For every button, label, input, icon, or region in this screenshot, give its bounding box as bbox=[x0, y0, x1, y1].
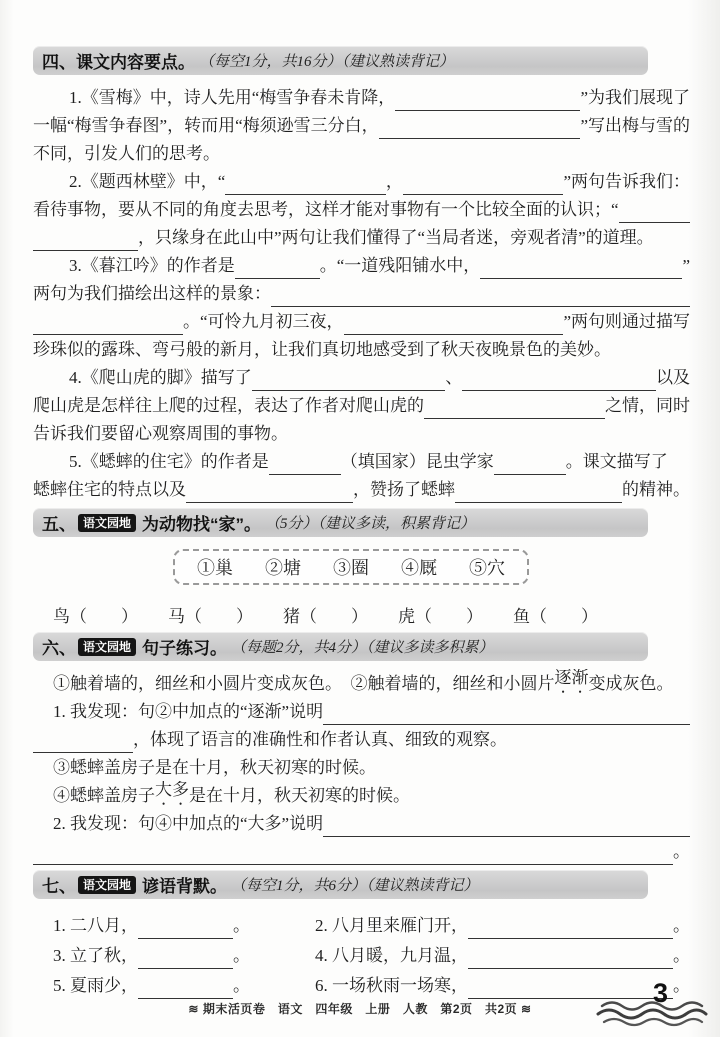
text-line: 1. 二八月，。 bbox=[53, 909, 303, 939]
answer-blank bbox=[33, 843, 673, 865]
text-run: ，赞扬了蟋蟀 bbox=[353, 477, 455, 503]
section-meta: （每空1分，共16分）（建议熟读背记） bbox=[199, 50, 454, 71]
animal-blank-pair: 虎（ ） bbox=[398, 602, 483, 627]
text-line: 2. 八月里来雁门开，。 bbox=[315, 909, 690, 939]
text-line: 。 bbox=[33, 837, 690, 865]
text-run: 1. 我发现：句②中加点的“逐渐”说明 bbox=[53, 699, 323, 725]
section-title: 为动物找“家”。 bbox=[142, 510, 261, 535]
text-line: 5. 夏雨少，。 bbox=[53, 969, 303, 999]
answer-blank bbox=[33, 313, 183, 335]
section-4-text-content-points: 四、课文内容要点。（每空1分，共16分）（建议熟读背记）1.《雪梅》中，诗人先用… bbox=[33, 46, 690, 503]
text-line: 4. 八月暖，九月温，。 bbox=[315, 939, 690, 969]
yuwen-yuandi-badge: 语文园地 bbox=[78, 876, 136, 894]
footer-wave-left-icon: ≋ bbox=[188, 1002, 199, 1016]
animal-blank-pair: 猪（ ） bbox=[283, 602, 368, 627]
answer-blank bbox=[468, 977, 673, 999]
text-line: ①触着墙的，细丝和小圆片变成灰色。 ②触着墙的，细丝和小圆片逐渐变成灰色。 bbox=[33, 669, 690, 697]
animal-matching-row: 鸟（ ）马（ ）猪（ ）虎（ ）鱼（ ） bbox=[33, 597, 690, 627]
word-bank-item: ④厩 bbox=[401, 554, 437, 580]
text-run: ” bbox=[682, 253, 690, 279]
section-number: 七、 bbox=[42, 872, 76, 897]
text-line: ③蟋蟀盖房子是在十月，秋天初寒的时候。 bbox=[33, 753, 690, 781]
word-bank-item: ①巢 bbox=[197, 554, 233, 580]
answer-blank bbox=[468, 947, 673, 969]
text-line: 珍珠似的露珠、弯弓般的新月，让我们真切地感受到了秋天夜晚景色的美妙。 bbox=[33, 335, 690, 363]
text-line: 蟋蟀住宅的特点以及，赞扬了蟋蟀的精神。 bbox=[33, 475, 690, 503]
answer-blank bbox=[494, 453, 566, 475]
answer-blank bbox=[323, 815, 690, 837]
text-run: 之情，同时 bbox=[605, 393, 690, 419]
answer-blank bbox=[138, 917, 233, 939]
text-run: 。 bbox=[673, 943, 690, 969]
answer-blank bbox=[271, 285, 690, 307]
text-run: 。课文描写了 bbox=[566, 449, 668, 475]
text-run: ，只缘身在此山中”两句让我们懂得了“当局者迷，旁观者清”的道理。 bbox=[138, 225, 654, 251]
section-header-bar: 六、语文园地句子练习。（每题2分，共4分）（建议多读多积累） bbox=[33, 632, 648, 661]
text-run: ， bbox=[386, 169, 403, 195]
section-5-find-animal-homes: 五、语文园地为动物找“家”。（5分）（建议多读，积累背记）①巢②塘③圈④厩⑤穴鸟… bbox=[33, 508, 690, 627]
answer-blank bbox=[269, 453, 341, 475]
text-line: 1. 我发现：句②中加点的“逐渐”说明 bbox=[33, 697, 690, 725]
yuwen-yuandi-badge: 语文园地 bbox=[78, 514, 136, 532]
text-run: 2. 八月里来雁门开， bbox=[315, 913, 468, 939]
text-line: 。“可怜九月初三夜，”两句则通过描写 bbox=[33, 307, 690, 335]
section-meta: （每空1分，共6分）（建议熟读背记） bbox=[231, 874, 479, 895]
text-run: 是在十月，秋天初寒的时候。 bbox=[189, 783, 410, 809]
word-bank-item: ③圈 bbox=[333, 554, 369, 580]
answer-blank bbox=[455, 481, 622, 503]
text-line: 3.《暮江吟》的作者是。“一道残阳铺水中，” bbox=[33, 251, 690, 279]
section-title: 课文内容要点。 bbox=[76, 48, 195, 73]
answer-blank bbox=[468, 917, 673, 939]
text-run: ”写出梅与雪的 bbox=[580, 113, 690, 139]
section-number: 六、 bbox=[42, 634, 76, 659]
text-run: 不同，引发人们的思考。 bbox=[33, 141, 220, 167]
text-line: 看待事物，要从不同的角度去思考，这样才能对事物有一个比较全面的认识；“ bbox=[33, 195, 690, 223]
section-7-proverb-recitation: 七、语文园地谚语背默。（每空1分，共6分）（建议熟读背记）1. 二八月，。2. … bbox=[33, 870, 690, 999]
text-run: 5.《蟋蟀的住宅》的作者是 bbox=[69, 449, 269, 475]
answer-blank bbox=[225, 173, 386, 195]
answer-blank bbox=[379, 117, 581, 139]
text-run: 。 bbox=[233, 943, 250, 969]
text-run: 告诉我们要留心观察周围的事物。 bbox=[33, 421, 288, 447]
text-run: 2.《题西林壁》中，“ bbox=[69, 169, 225, 195]
wave-decoration-icon bbox=[596, 997, 708, 1029]
text-line: 3. 立了秋，。 bbox=[53, 939, 303, 969]
text-run: 一幅“梅雪争春图”，转而用“梅须逊雪三分白， bbox=[33, 113, 379, 139]
text-run: 的精神。 bbox=[622, 477, 690, 503]
text-line: ④蟋蟀盖房子大多是在十月，秋天初寒的时候。 bbox=[33, 781, 690, 809]
answer-blank bbox=[462, 369, 656, 391]
answer-blank bbox=[424, 397, 605, 419]
answer-blank bbox=[252, 369, 446, 391]
text-run: 4.《爬山虎的脚》描写了 bbox=[69, 365, 252, 391]
answer-blank bbox=[395, 89, 580, 111]
text-run: 。 bbox=[673, 839, 690, 865]
text-run: 。 bbox=[673, 973, 690, 999]
section-lines: ①触着墙的，细丝和小圆片变成灰色。 ②触着墙的，细丝和小圆片逐渐变成灰色。1. … bbox=[33, 669, 690, 865]
section-header-bar: 五、语文园地为动物找“家”。（5分）（建议多读，积累背记） bbox=[33, 508, 648, 537]
text-run: 两句为我们描绘出这样的景象： bbox=[33, 281, 271, 307]
footer-wave-right-icon: ≋ bbox=[521, 1002, 532, 1016]
text-run: 6. 一场秋雨一场寒， bbox=[315, 973, 468, 999]
text-line: 6. 一场秋雨一场寒，。 bbox=[315, 969, 690, 999]
sections-container: 四、课文内容要点。（每空1分，共16分）（建议熟读背记）1.《雪梅》中，诗人先用… bbox=[33, 46, 690, 999]
text-run: ”两句告诉我们： bbox=[563, 169, 690, 195]
answer-blank bbox=[323, 703, 690, 725]
text-run: 、 bbox=[445, 365, 462, 391]
text-run: 。“一道残阳铺水中， bbox=[320, 253, 481, 279]
emphasized-text: 逐渐 bbox=[555, 669, 589, 697]
text-run: 珍珠似的露珠、弯弓般的新月，让我们真切地感受到了秋天夜晚景色的美妙。 bbox=[33, 337, 611, 363]
text-run: 。“可怜九月初三夜， bbox=[183, 309, 344, 335]
section-meta: （每题2分，共4分）（建议多读多积累） bbox=[231, 636, 494, 657]
text-line: 4.《爬山虎的脚》描写了、以及 bbox=[33, 363, 690, 391]
section-6-sentence-practice: 六、语文园地句子练习。（每题2分，共4分）（建议多读多积累）①触着墙的，细丝和小… bbox=[33, 632, 690, 865]
section-meta: （5分）（建议多读，积累背记） bbox=[265, 512, 475, 533]
text-run: ③蟋蟀盖房子是在十月，秋天初寒的时候。 bbox=[53, 755, 376, 781]
section-title: 谚语背默。 bbox=[142, 872, 227, 897]
text-line: 一幅“梅雪争春图”，转而用“梅须逊雪三分白，”写出梅与雪的 bbox=[33, 111, 690, 139]
answer-blank bbox=[344, 313, 564, 335]
animal-blank-pair: 马（ ） bbox=[168, 602, 253, 627]
answer-blank bbox=[403, 173, 564, 195]
answer-blank bbox=[480, 257, 682, 279]
text-run: （填国家）昆虫学家 bbox=[341, 449, 494, 475]
text-line: 1.《雪梅》中，诗人先用“梅雪争春未肯降，”为我们展现了 bbox=[33, 83, 690, 111]
answer-blank bbox=[235, 257, 320, 279]
yuwen-yuandi-badge: 语文园地 bbox=[78, 638, 136, 656]
answer-blank bbox=[138, 977, 233, 999]
answer-blank bbox=[619, 201, 690, 223]
text-run: 。 bbox=[233, 973, 250, 999]
text-line: 5.《蟋蟀的住宅》的作者是（填国家）昆虫学家。课文描写了 bbox=[33, 447, 690, 475]
text-run: 变成灰色。 bbox=[589, 671, 674, 697]
text-run: 。 bbox=[673, 913, 690, 939]
section-header-bar: 四、课文内容要点。（每空1分，共16分）（建议熟读背记） bbox=[33, 46, 648, 75]
section-title: 句子练习。 bbox=[142, 634, 227, 659]
answer-blank bbox=[33, 731, 133, 753]
emphasized-text: 大多 bbox=[155, 781, 189, 809]
text-line: 告诉我们要留心观察周围的事物。 bbox=[33, 419, 690, 447]
text-line: ，只缘身在此山中”两句让我们懂得了“当局者迷，旁观者清”的道理。 bbox=[33, 223, 690, 251]
text-run: ④蟋蟀盖房子 bbox=[53, 783, 155, 809]
text-line: ，体现了语言的准确性和作者认真、细致的观察。 bbox=[33, 725, 690, 753]
text-line: 不同，引发人们的思考。 bbox=[33, 139, 690, 167]
section-number: 四、 bbox=[42, 48, 76, 73]
section-lines: 1.《雪梅》中，诗人先用“梅雪争春未肯降，”为我们展现了一幅“梅雪争春图”，转而… bbox=[33, 83, 690, 503]
answer-blank bbox=[138, 947, 233, 969]
text-run: 蟋蟀住宅的特点以及 bbox=[33, 477, 186, 503]
word-bank-item: ②塘 bbox=[265, 554, 301, 580]
text-run: 3. 立了秋， bbox=[53, 943, 138, 969]
proverb-grid: 1. 二八月，。2. 八月里来雁门开，。3. 立了秋，。4. 八月暖，九月温，。… bbox=[33, 909, 690, 999]
text-run: ”为我们展现了 bbox=[580, 85, 690, 111]
text-run: 爬山虎是怎样往上爬的过程，表达了作者对爬山虎的 bbox=[33, 393, 424, 419]
text-run: 看待事物，要从不同的角度去思考，这样才能对事物有一个比较全面的认识；“ bbox=[33, 197, 619, 223]
answer-blank bbox=[186, 481, 353, 503]
text-run: 以及 bbox=[656, 365, 690, 391]
text-run: 4. 八月暖，九月温， bbox=[315, 943, 468, 969]
text-run: 3.《暮江吟》的作者是 bbox=[69, 253, 235, 279]
text-run: ①触着墙的，细丝和小圆片变成灰色。 ②触着墙的，细丝和小圆片 bbox=[53, 671, 555, 697]
text-line: 爬山虎是怎样往上爬的过程，表达了作者对爬山虎的之情，同时 bbox=[33, 391, 690, 419]
animal-blank-pair: 鱼（ ） bbox=[513, 602, 598, 627]
animal-blank-pair: 鸟（ ） bbox=[53, 602, 138, 627]
word-bank-item: ⑤穴 bbox=[469, 554, 505, 580]
text-run: 。 bbox=[233, 913, 250, 939]
word-bank-box: ①巢②塘③圈④厩⑤穴 bbox=[173, 549, 529, 585]
text-run: ，体现了语言的准确性和作者认真、细致的观察。 bbox=[133, 727, 507, 753]
answer-blank bbox=[33, 229, 138, 251]
text-run: 1. 二八月， bbox=[53, 913, 138, 939]
text-run: 2. 我发现：句④中加点的“大多”说明 bbox=[53, 811, 323, 837]
section-number: 五、 bbox=[42, 510, 76, 535]
section-header-bar: 七、语文园地谚语背默。（每空1分，共6分）（建议熟读背记） bbox=[33, 870, 648, 899]
text-run: 1.《雪梅》中，诗人先用“梅雪争春未肯降， bbox=[69, 85, 395, 111]
text-run: 5. 夏雨少， bbox=[53, 973, 138, 999]
footer-text: 期末活页卷 语文 四年级 上册 人教 第2页 共2页 bbox=[203, 1002, 517, 1016]
text-line: 两句为我们描绘出这样的景象： bbox=[33, 279, 690, 307]
text-line: 2.《题西林壁》中，“，”两句告诉我们： bbox=[33, 167, 690, 195]
exam-page: 四、课文内容要点。（每空1分，共16分）（建议熟读背记）1.《雪梅》中，诗人先用… bbox=[0, 0, 720, 1037]
text-run: ”两句则通过描写 bbox=[563, 309, 690, 335]
text-line: 2. 我发现：句④中加点的“大多”说明 bbox=[33, 809, 690, 837]
